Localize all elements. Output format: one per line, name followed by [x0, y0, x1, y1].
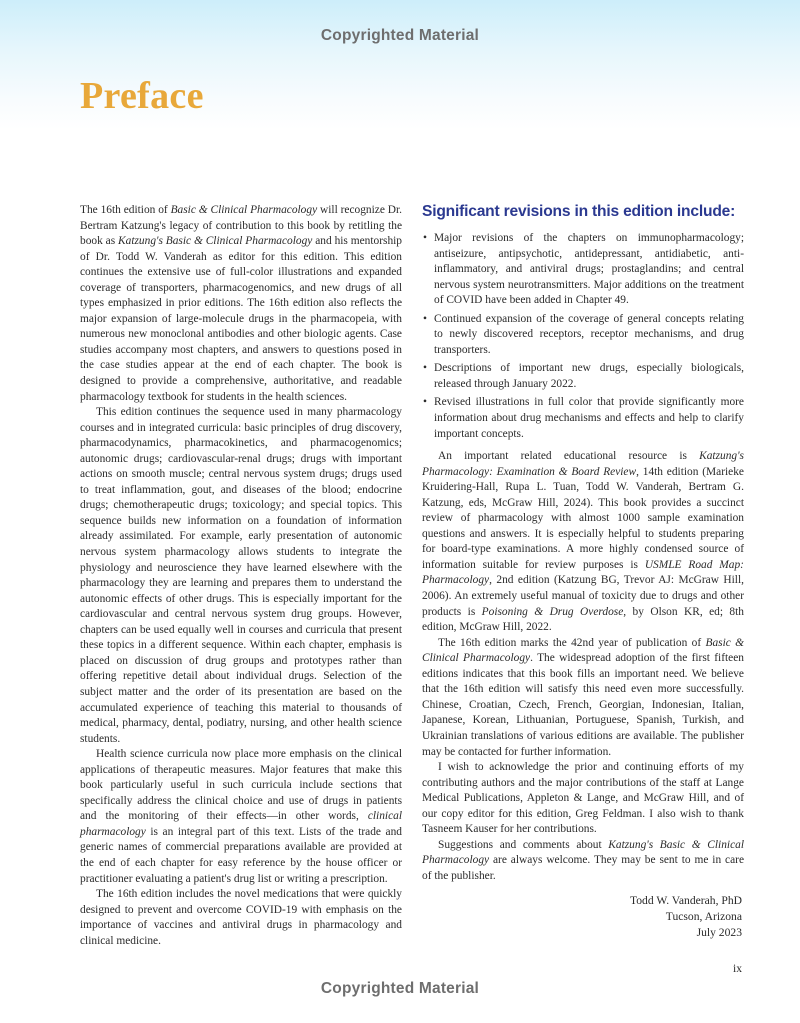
bullet-icon: • — [423, 312, 427, 328]
text: . The widespread adoption of the first f… — [422, 652, 744, 757]
list-item-text: Continued expansion of the coverage of g… — [434, 313, 744, 356]
paragraph-covid: The 16th edition includes the novel medi… — [80, 887, 402, 949]
paragraph-sequence: This edition continues the sequence used… — [80, 405, 402, 747]
paragraph-resources: An important related educational resourc… — [422, 449, 744, 636]
book-title: Katzung's Basic & Clinical Pharmacology — [118, 235, 312, 247]
paragraph-clinical: Health science curricula now place more … — [80, 747, 402, 887]
bullet-icon: • — [423, 231, 427, 247]
text: , 14th edition (Marieke Kruidering-Hall,… — [422, 466, 744, 571]
copyright-watermark-top: Copyrighted Material — [0, 27, 800, 45]
list-item: •Revised illustrations in full color tha… — [422, 395, 744, 442]
paragraph-acknowledgments: I wish to acknowledge the prior and cont… — [422, 760, 744, 838]
bullet-icon: • — [423, 395, 427, 411]
list-item: •Major revisions of the chapters on immu… — [422, 231, 744, 309]
list-item: •Descriptions of important new drugs, es… — [422, 361, 744, 392]
list-item-text: Revised illustrations in full color that… — [434, 396, 744, 439]
text: The 16th edition marks the 42nd year of … — [438, 637, 705, 649]
author-name: Todd W. Vanderah, PhD — [630, 893, 742, 909]
section-heading: Significant revisions in this edition in… — [422, 202, 744, 222]
paragraph-intro: The 16th edition of Basic & Clinical Pha… — [80, 203, 402, 405]
paragraph-suggestions: Suggestions and comments about Katzung's… — [422, 838, 744, 885]
left-column: The 16th edition of Basic & Clinical Pha… — [80, 203, 402, 949]
book-title: Basic & Clinical Pharmacology — [171, 204, 318, 216]
signature-block: Todd W. Vanderah, PhD Tucson, Arizona Ju… — [630, 893, 742, 942]
list-item-text: Descriptions of important new drugs, esp… — [434, 362, 744, 390]
page-number: ix — [733, 962, 742, 975]
text: Health science curricula now place more … — [80, 748, 402, 822]
author-location: Tucson, Arizona — [630, 909, 742, 925]
text: and his mentorship of Dr. Todd W. Vander… — [80, 235, 402, 402]
text: The 16th edition of — [80, 204, 171, 216]
list-item: •Continued expansion of the coverage of … — [422, 312, 744, 359]
list-item-text: Major revisions of the chapters on immun… — [434, 232, 744, 306]
bullet-icon: • — [423, 361, 427, 377]
copyright-watermark-bottom: Copyrighted Material — [0, 980, 800, 998]
right-column: Significant revisions in this edition in… — [422, 202, 744, 884]
book-title: Poisoning & Drug Overdose — [482, 606, 624, 618]
text: An important related educational resourc… — [438, 450, 699, 462]
page-title: Preface — [80, 74, 204, 118]
paragraph-publication: The 16th edition marks the 42nd year of … — [422, 636, 744, 760]
signature-date: July 2023 — [630, 925, 742, 941]
revisions-list: •Major revisions of the chapters on immu… — [422, 231, 744, 442]
text: Suggestions and comments about — [438, 839, 608, 851]
